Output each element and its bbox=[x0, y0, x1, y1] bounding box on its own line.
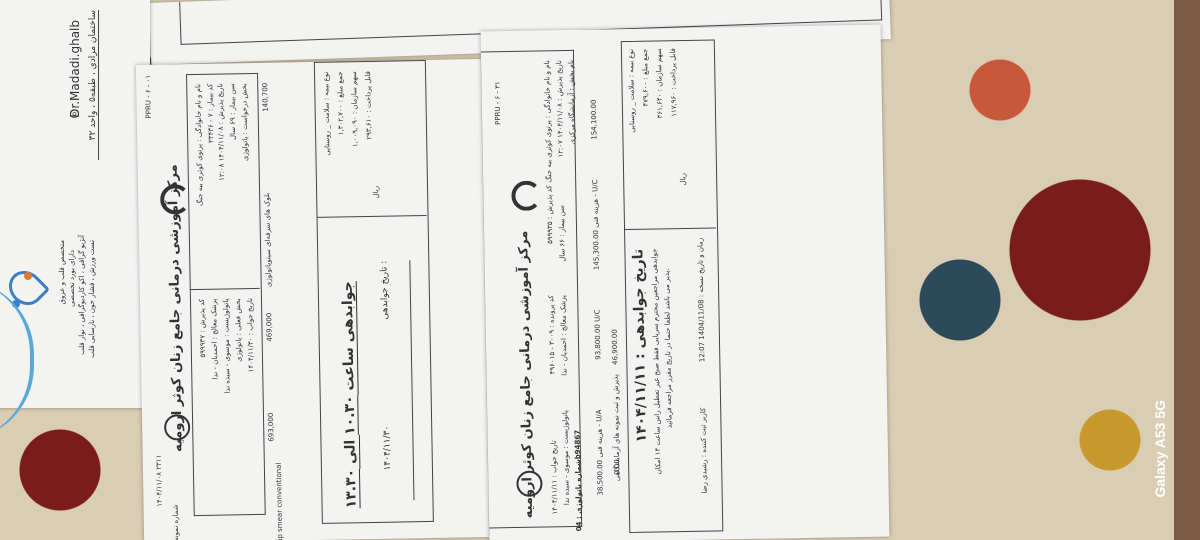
specialty-line-1: متخصص قلب و عروق bbox=[58, 240, 66, 304]
receipt2-field-7: پاتولوژیست : موسوی - سیده ندا bbox=[561, 410, 571, 505]
receipt1-payable: قابل پرداخت : ۲۹۳,۶۱۰ bbox=[364, 71, 373, 140]
receipt1-summary-box bbox=[314, 60, 434, 524]
receipt1-reception-no: ۱۴۰۴/۱۱/۰۸ ۲۳۱۱ bbox=[155, 455, 164, 507]
receipt2-field-9: شماره پاتولوژی : 04b94867 bbox=[574, 430, 584, 531]
receipt2-field-8: نام بخش : آزمایشگاه مرکزی bbox=[567, 60, 576, 145]
receipt2-payable: قابل پرداخت : ۱۱۷,۹۶۰ bbox=[669, 48, 678, 117]
receipt1-field-2: تاریخ پذیرش : ۱۴۰۴/۱۱/۰۸ ۱۲:۰۸ bbox=[216, 84, 226, 182]
receipt1-insurance: نوع بیمه : سلامت _ روستایی bbox=[322, 72, 331, 156]
receipt2-field-3: تاریخ جواب : ۱۴۰۴/۱۱/۱۱ bbox=[550, 440, 559, 514]
receipt1-total-right: 140,700 bbox=[261, 83, 270, 112]
receipt1-field-9: تاریخ جواب : ۱۴۰۴/۱۱/۳۰ bbox=[246, 298, 255, 372]
receipt1-field-8: بخش فعلی : پاتولوژی bbox=[234, 298, 243, 362]
receipt1-answer-date: ۱۴۰۴/۱۱/۳۰ bbox=[382, 426, 393, 471]
receipt1-field-7: پاتولوژیست : موسوی - سیده ندا bbox=[222, 298, 232, 393]
receipt-1: PPRU - ۶ - ۰۱ مرکز آموزشی درمانی جامع زن… bbox=[136, 59, 489, 540]
receipt2-item-reg-zero: 0.00 bbox=[613, 459, 621, 475]
receipt-2: PPRU - ۶ - ۳۱ مرکز آموزشی درمانی جامع زن… bbox=[481, 25, 890, 540]
receipt1-org-share: سهم سازمان : ۱,۰۰۹,۰۹۰ bbox=[350, 71, 359, 147]
receipt2-field-6: پزشک معالج : احمدیان - ندا bbox=[559, 295, 568, 376]
receipt2-currency: ریال bbox=[679, 173, 687, 186]
receipt1-field-6: پزشک معالج : احمدیان - ندا bbox=[210, 299, 219, 380]
receipt1-field-1: کد بیمار : ۷ - ۳۳۴۳۶ bbox=[206, 84, 215, 143]
receipt2-org-share: سهم سازمان : ۳۶۱,۶۴۰ bbox=[655, 48, 664, 118]
receipt1-answer-date-label: تاریخ جوابدهی : bbox=[379, 261, 390, 320]
receipt1-logo-icon bbox=[160, 184, 191, 215]
receipt2-item-ua: 38,500.00 هزینه فنی - U/A bbox=[595, 409, 605, 495]
receipt2-answer-date: تاریخ جوابدهی : ۱۴۰۴/۱۱/۱۱ bbox=[630, 249, 649, 443]
receipt2-field-2: کد پرونده : ۳۰۰۹ - ۴۹۶۰۱۵ bbox=[547, 295, 556, 374]
camera-watermark: Galaxy A53 5G bbox=[1152, 400, 1168, 498]
receipt1-form-code: PPRU - ۶ - ۰۱ bbox=[144, 75, 153, 119]
receipt2-total: جمع مبلغ : ۴۷۹,۶۰۰ bbox=[641, 49, 650, 107]
specialty-line-3: آنژیو گرافی ، اکو کاردیوگرافی ، نوار قلب bbox=[78, 235, 86, 355]
receipt2-item-reg-price: 46,900.00 bbox=[611, 329, 620, 365]
receipt1-field-5: کد پذیرش : ۵۹۹۹۳۷ bbox=[198, 299, 207, 358]
receipt2-item-total: 154,100.00 bbox=[590, 99, 599, 139]
receipt1-emblem-icon bbox=[164, 414, 190, 440]
specialty-line-4: تست ورزش ، فشار خون ، نارسایی قلب bbox=[88, 240, 96, 358]
photo-edge bbox=[1174, 0, 1200, 540]
card-divider bbox=[98, 10, 99, 160]
instagram-icon: ◎ bbox=[68, 108, 81, 121]
receipt1-currency: ریال bbox=[372, 186, 380, 199]
receipt1-item-1-price: 693,000 bbox=[267, 413, 276, 442]
receipt1-item-2: بلوک های سرفه‌ای سیتوپاتولوژی bbox=[263, 193, 273, 287]
receipt1-sample-label: شماره نمونه bbox=[172, 504, 181, 540]
doctor-card: Dr.Madadi.ghalb ◎ ساختمان مرادی ، طبقه۵ … bbox=[0, 0, 150, 408]
receipt1-field-3: سن بیمار : ۶۹ سال bbox=[228, 83, 237, 140]
card-address: ساختمان مرادی ، طبقه۵ ، واحد ۳۲ bbox=[88, 10, 98, 140]
receipt1-item-1-name: pap smear conventional bbox=[275, 463, 284, 540]
receipt2-field-1: کد پذیرش : ۵۹۹۹۳۵ bbox=[545, 185, 554, 244]
receipt2-item-uc-tech: 145,300.00 هزینه فنی - U/C bbox=[591, 179, 601, 270]
receipt1-item-2-price: 469,000 bbox=[265, 313, 274, 342]
receipt2-field-5: سن بیمار : ۶۶ سال bbox=[558, 205, 567, 262]
receipt2-insurance: نوع بیمه : سلامت _ روستایی bbox=[627, 49, 636, 133]
receipt2-registrar: کاربر ثبت کننده : رشیدی رضا bbox=[699, 408, 708, 494]
instagram-handle: Dr.Madadi.ghalb bbox=[68, 20, 82, 118]
receipt1-total: جمع مبلغ : ۱,۳۰۲,۷۰۰ bbox=[336, 71, 345, 135]
specialty-line-2: دارای بورد تخصصی bbox=[68, 250, 76, 307]
receipt1-field-4: بخش درخواست : پاتولوژی bbox=[240, 83, 249, 161]
receipt2-item-uc: 93,800.00 U/C bbox=[593, 309, 602, 359]
receipt2-field-4: تاریخ پذیرش : ۱۴۰۴/۱۱/۰۸ ۱۲:۰۷ bbox=[555, 60, 565, 158]
